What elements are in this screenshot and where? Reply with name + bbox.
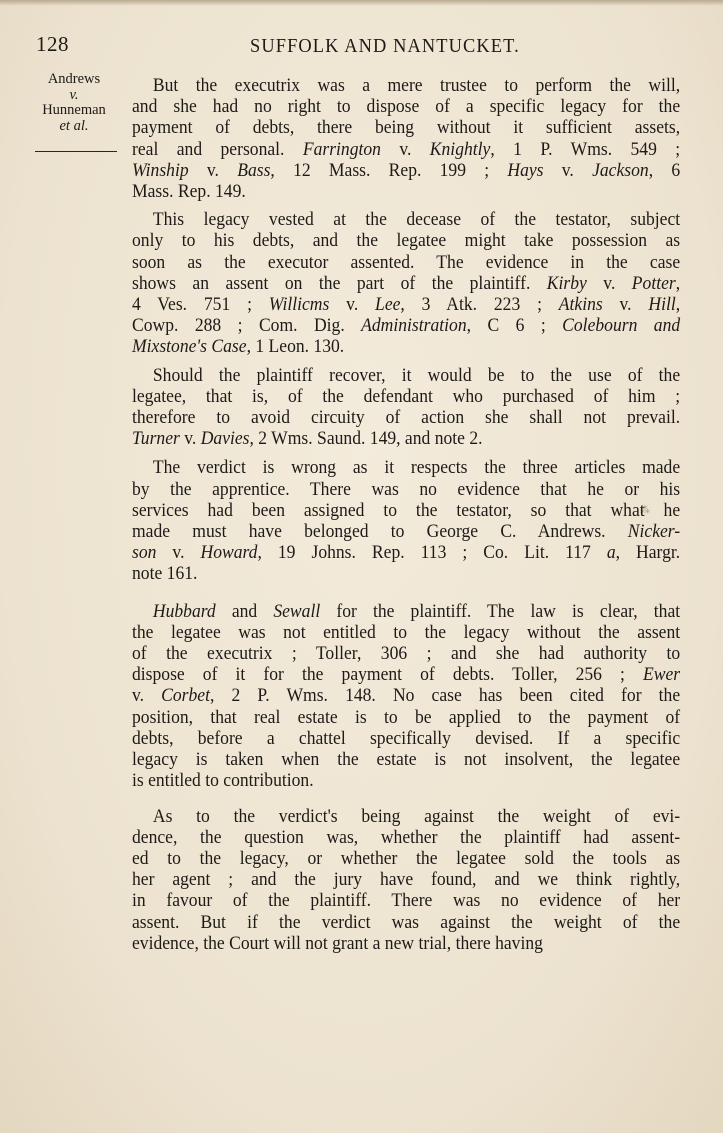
text-line: legatee, that is, of the defendant who p…	[132, 387, 680, 408]
case-citation-italic: Jackson	[592, 161, 649, 181]
text-line: her agent ; and the jury have found, and…	[132, 870, 680, 891]
text-line: v. Corbet, 2 P. Wms. 148. No case has be…	[132, 686, 680, 707]
text-line: As to the verdict's being against the we…	[132, 807, 680, 828]
text-line: soon as the executor assented. The evide…	[132, 253, 680, 274]
case-citation-italic: son	[132, 543, 156, 563]
text-line: Should the plaintiff recover, it would b…	[132, 366, 680, 387]
text-line: payment of debts, there being without it…	[132, 118, 680, 139]
text-line: the legatee was not entitled to the lega…	[132, 623, 680, 644]
case-citation-italic: Administration	[361, 316, 466, 336]
margin-rule-divider	[35, 151, 117, 152]
running-head: SUFFOLK AND NANTUCKET.	[250, 35, 520, 58]
text-line: legacy is taken when the estate is not i…	[132, 750, 680, 771]
margin-note-versus: v.	[24, 88, 124, 104]
case-citation-italic: Corbet	[161, 686, 210, 706]
text-line: assent. But if the verdict was against t…	[132, 913, 680, 934]
case-citation-italic: Ewer	[643, 665, 680, 685]
case-citation-italic: Atkins	[559, 295, 603, 315]
case-citation-italic: Winship	[132, 161, 189, 181]
margin-note-plaintiff: Andrews	[24, 72, 124, 88]
page-top-edge	[0, 0, 723, 6]
case-citation-italic: Davies	[201, 429, 250, 449]
text-line: dispose of it for the payment of debts. …	[132, 665, 680, 686]
case-citation-italic: Sewall	[273, 602, 320, 622]
case-citation-italic: Hubbard	[153, 602, 216, 622]
text-line: in favour of the plaintiff. There was no…	[132, 891, 680, 912]
text-line: This legacy vested at the decease of the…	[132, 210, 680, 231]
case-citation-italic: Howard	[201, 543, 258, 563]
text-line: and she had no right to dispose of a spe…	[132, 97, 680, 118]
text-line: services had been assigned to the testat…	[132, 501, 680, 522]
text-line: Hubbard and Sewall for the plaintiff. Th…	[132, 602, 680, 623]
text-line: Mass. Rep. 149.	[132, 182, 680, 203]
text-line: Mixstone's Case, 1 Leon. 130.	[132, 337, 680, 358]
text-line: made must have belonged to George C. And…	[132, 522, 680, 543]
case-citation-italic: Nicker-	[628, 522, 680, 542]
paragraph: This legacy vested at the decease of the…	[132, 210, 680, 358]
text-line: position, that real estate is to be appl…	[132, 708, 680, 729]
text-line: ed to the legacy, or whether the legatee…	[132, 849, 680, 870]
paragraph: Hubbard and Sewall for the plaintiff. Th…	[132, 602, 680, 793]
case-citation-italic: Hays	[507, 161, 543, 181]
case-citation-italic: Potter	[632, 274, 676, 294]
text-line: 4 Ves. 751 ; Willicms v. Lee, 3 Atk. 223…	[132, 295, 680, 316]
paragraph: Should the plaintiff recover, it would b…	[132, 366, 680, 451]
case-citation-italic: Knightly	[430, 140, 491, 160]
text-line: shows an assent on the part of the plain…	[132, 274, 680, 295]
text-line: of the executrix ; Toller, 306 ; and she…	[132, 644, 680, 665]
text-line: is entitled to contribution.	[132, 771, 680, 792]
case-citation-italic: Bass	[237, 161, 270, 181]
case-citation-italic: Hill	[648, 295, 675, 315]
paragraph: As to the verdict's being against the we…	[132, 807, 680, 955]
case-citation-italic: Lee	[375, 295, 400, 315]
case-citation-italic: Kirby	[547, 274, 587, 294]
body-text: But the executrix was a mere trustee to …	[132, 76, 680, 955]
text-line: The verdict is wrong as it respects the …	[132, 458, 680, 479]
text-line: Turner v. Davies, 2 Wms. Saund. 149, and…	[132, 429, 680, 450]
paragraph: But the executrix was a mere trustee to …	[132, 76, 680, 203]
paragraph: The verdict is wrong as it respects the …	[132, 458, 680, 585]
page-header: 128 SUFFOLK AND NANTUCKET.	[0, 30, 723, 60]
text-line: dence, the question was, whether the pla…	[132, 828, 680, 849]
text-line: Winship v. Bass, 12 Mass. Rep. 199 ; Hay…	[132, 161, 680, 182]
case-citation-italic: Turner	[132, 429, 180, 449]
page-number: 128	[36, 32, 69, 57]
case-citation-italic: Mixstone's Case	[132, 337, 247, 357]
text-line: Cowp. 288 ; Com. Dig. Administration, C …	[132, 316, 680, 337]
margin-note-et-al: et al.	[24, 119, 124, 135]
case-citation-italic: Colebourn and	[562, 316, 680, 336]
margin-note-defendant: Hunneman	[24, 103, 124, 119]
text-line: by the apprentice. There was no evidence…	[132, 480, 680, 501]
text-line: only to his debts, and the legatee might…	[132, 231, 680, 252]
case-citation-italic: a	[607, 543, 616, 563]
case-margin-note: Andrews v. Hunneman et al.	[24, 72, 124, 134]
text-line: son v. Howard, 19 Johns. Rep. 113 ; Co. …	[132, 543, 680, 564]
text-line: debts, before a chattel specifically dev…	[132, 729, 680, 750]
case-citation-italic: Willicms	[269, 295, 330, 315]
text-line: therefore to avoid circuity of action sh…	[132, 408, 680, 429]
text-line: evidence, the Court will not grant a new…	[132, 934, 680, 955]
text-line: But the executrix was a mere trustee to …	[132, 76, 680, 97]
case-citation-italic: Farrington	[303, 140, 381, 160]
text-line: note 161.	[132, 564, 680, 585]
text-line: real and personal. Farrington v. Knightl…	[132, 140, 680, 161]
